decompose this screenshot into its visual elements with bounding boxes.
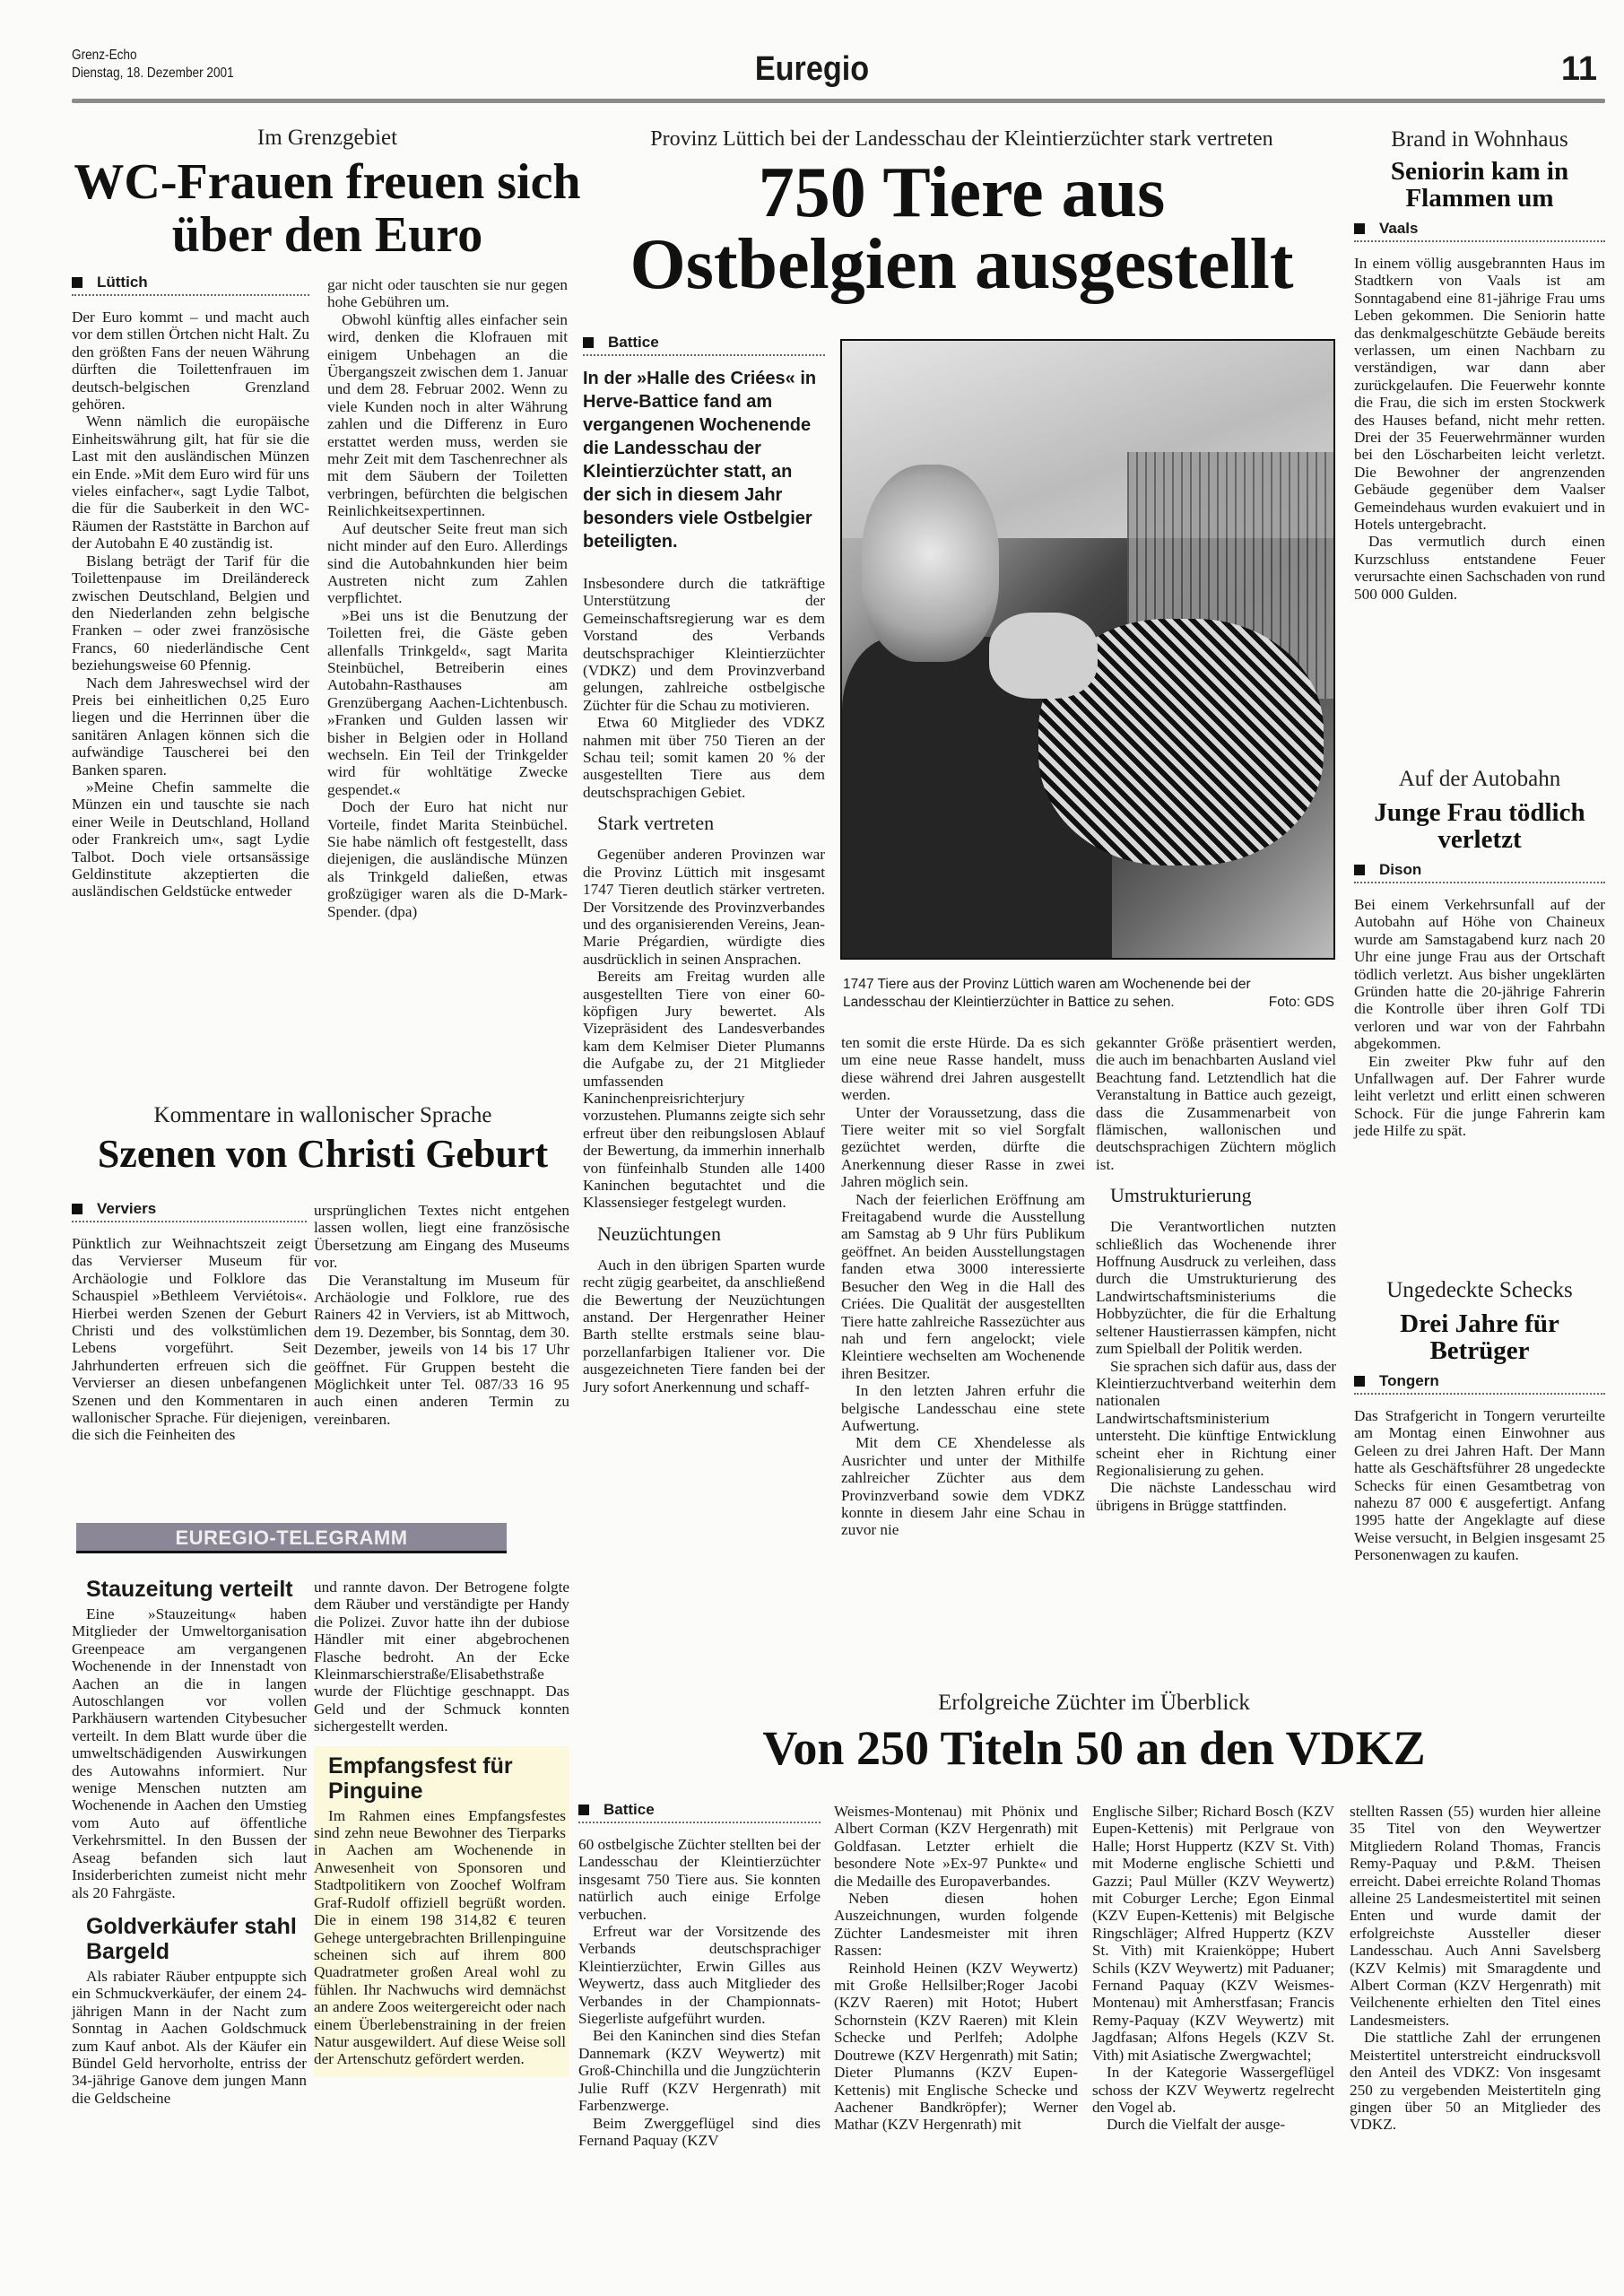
subhead-umstrukturierung: Umstrukturierung (1096, 1184, 1336, 1207)
dateline: Battice (583, 334, 825, 356)
square-bullet-icon (578, 1805, 589, 1815)
article-body: Englische Silber; Richard Bosch (KZV Eup… (1092, 1803, 1334, 2134)
article-wc-col-2: gar nicht oder tauschten sie nur gegen h… (327, 276, 568, 920)
photo-caption: 1747 Tiere aus der Provinz Lüttich waren… (843, 976, 1334, 1012)
article-body: Der Euro kommt – und macht auch vor dem … (72, 309, 309, 900)
square-bullet-icon (1354, 1376, 1365, 1387)
telegramm-col-1: Stauzeitung verteilt Eine »Stauzeitung« … (72, 1577, 307, 2107)
photo-breeder-with-bird (840, 339, 1335, 960)
article-body: Das Strafgericht in Tongern verurteilte … (1354, 1407, 1605, 1564)
headline: Junge Frau tödlich verletzt (1363, 799, 1596, 854)
article-vdkz-col-4: stellten Rassen (55) wurden hier alleine… (1350, 1803, 1601, 2134)
section-title: Euregio (82, 50, 1543, 89)
article-vdkz-col-2: Weismes-Montenau) mit Phönix und Albert … (834, 1803, 1078, 2134)
article-vdkz-col-1: Battice 60 ostbelgische Züchter stellten… (578, 1801, 821, 2149)
gold-body: Als rabiater Räuber entpuppte sich ein S… (72, 1968, 307, 2107)
kicker: Erfolgreiche Züchter im Überblick (583, 1691, 1605, 1716)
kicker: Im Grenzgebiet (72, 126, 583, 151)
article-body: Gegenüber anderen Provinzen war die Prov… (583, 846, 825, 1212)
photo-credit: Foto: GDS (1269, 994, 1334, 1012)
article-body: In einem völlig ausgebrannten Haus im St… (1354, 255, 1605, 603)
article-body: 60 ostbelgische Züchter stellten bei der… (578, 1836, 821, 2149)
article-body: stellten Rassen (55) wurden hier alleine… (1350, 1803, 1601, 2134)
euregio-telegramm-bar: EUREGIO-TELEGRAMM (76, 1523, 507, 1553)
article-body: gekannter Größe präsentiert werden, die … (1096, 1034, 1336, 1173)
stau-headline: Stauzeitung verteilt (72, 1577, 307, 1602)
kicker: Kommentare in wallonischer Sprache (72, 1103, 574, 1128)
kicker: Brand in Wohnhaus (1354, 127, 1605, 152)
article-body: Auch in den übrigen Sparten wurde recht … (583, 1257, 825, 1396)
article-tiere-col-1: Battice In der »Halle des Criées« in Her… (583, 334, 825, 1396)
headline-line-1: WC-Frauen freuen sich (72, 156, 583, 209)
article-body: Bei einem Verkehrsunfall auf der Autobah… (1354, 896, 1605, 1140)
masthead-rule (72, 99, 1605, 103)
article-wc-col-1: Lüttich Der Euro kommt – und macht auch … (72, 274, 309, 900)
square-bullet-icon (583, 337, 594, 348)
gold-headline: Goldverkäufer stahl Bargeld (72, 1914, 307, 1964)
article-750-tiere: Provinz Lüttich bei der Landesschau der … (583, 127, 1341, 300)
article-wc-frauen: Im Grenzgebiet WC-Frauen freuen sich übe… (72, 126, 583, 262)
lead-paragraph: In der »Halle des Criées« in Herve-Batti… (583, 367, 825, 553)
pinguine-headline: Empfangsfest für Pinguine (314, 1753, 566, 1804)
subhead-stark-vertreten: Stark vertreten (583, 812, 825, 835)
article-body: ursprünglichen Textes nicht entgehen las… (314, 1202, 569, 1428)
kicker: Ungedeckte Schecks (1354, 1278, 1605, 1303)
headline: Drei Jahre für Betrüger (1363, 1310, 1596, 1365)
article-christi-col-2: ursprünglichen Textes nicht entgehen las… (314, 1202, 569, 1428)
headline: WC-Frauen freuen sich über den Euro (72, 156, 583, 262)
dateline: Lüttich (72, 274, 309, 296)
square-bullet-icon (72, 277, 83, 288)
article-body: Weismes-Montenau) mit Phönix und Albert … (834, 1803, 1078, 2134)
headline: Szenen von Christi Geburt (72, 1134, 574, 1175)
headline: 750 Tiere aus Ostbelgien ausgestellt (583, 157, 1341, 300)
article-vdkz: Erfolgreiche Züchter im Überblick Von 25… (583, 1691, 1605, 1774)
article-autobahn: Auf der Autobahn Junge Frau tödlich verl… (1354, 767, 1605, 1140)
kicker: Auf der Autobahn (1354, 767, 1605, 792)
headline: Seniorin kam in Flammen um (1363, 158, 1596, 213)
article-christi-geburt: Kommentare in wallonischer Sprache Szene… (72, 1103, 574, 1175)
dateline: Dison (1354, 861, 1605, 883)
article-brand: Brand in Wohnhaus Seniorin kam in Flamme… (1354, 127, 1605, 603)
headline-line-1: 750 Tiere aus (583, 157, 1341, 229)
pinguine-box: Empfangsfest für Pinguine Im Rahmen eine… (314, 1746, 569, 2077)
gold-body-cont: und rannte davon. Der Betrogene folgte d… (314, 1578, 569, 1735)
dateline: Verviers (72, 1200, 307, 1222)
dateline: Tongern (1354, 1372, 1605, 1395)
square-bullet-icon (1354, 223, 1365, 234)
article-body: gar nicht oder tauschten sie nur gegen h… (327, 276, 568, 920)
headline-line-2: über den Euro (72, 209, 583, 262)
article-tiere-col-2: ten somit die erste Hürde. Da es sich um… (841, 1034, 1085, 1539)
headline-line-2: Ostbelgien ausgestellt (583, 229, 1341, 300)
subhead-neuzuechtungen: Neuzüchtungen (583, 1222, 825, 1246)
article-body: Die Verantwortlichen nutzten schließlich… (1096, 1218, 1336, 1514)
man-face (862, 465, 999, 662)
article-body: Insbesondere durch die tatkräftige Unter… (583, 575, 825, 801)
article-tiere-col-3: gekannter Größe präsentiert werden, die … (1096, 1034, 1336, 1514)
article-schecks: Ungedeckte Schecks Drei Jahre für Betrüg… (1354, 1278, 1605, 1564)
dateline: Vaals (1354, 220, 1605, 242)
kicker: Provinz Lüttich bei der Landesschau der … (583, 127, 1341, 152)
article-vdkz-col-3: Englische Silber; Richard Bosch (KZV Eup… (1092, 1803, 1334, 2134)
headline: Von 250 Titeln 50 an den VDKZ (583, 1723, 1605, 1774)
pinguine-body: Im Rahmen eines Empfangsfestes sind zehn… (314, 1807, 566, 2068)
article-body: ten somit die erste Hürde. Da es sich um… (841, 1034, 1085, 1539)
article-christi-col-1: Verviers Pünktlich zur Weihnachtszeit ze… (72, 1200, 307, 1444)
telegramm-col-2: und rannte davon. Der Betrogene folgte d… (314, 1578, 569, 2077)
square-bullet-icon (1354, 865, 1365, 875)
page-number: 11 (1561, 50, 1597, 89)
stau-body: Eine »Stauzeitung« haben Mitglieder der … (72, 1605, 307, 1901)
dateline: Battice (578, 1801, 821, 1823)
article-body: Pünktlich zur Weihnachtszeit zeigt das V… (72, 1235, 307, 1444)
square-bullet-icon (72, 1204, 83, 1214)
